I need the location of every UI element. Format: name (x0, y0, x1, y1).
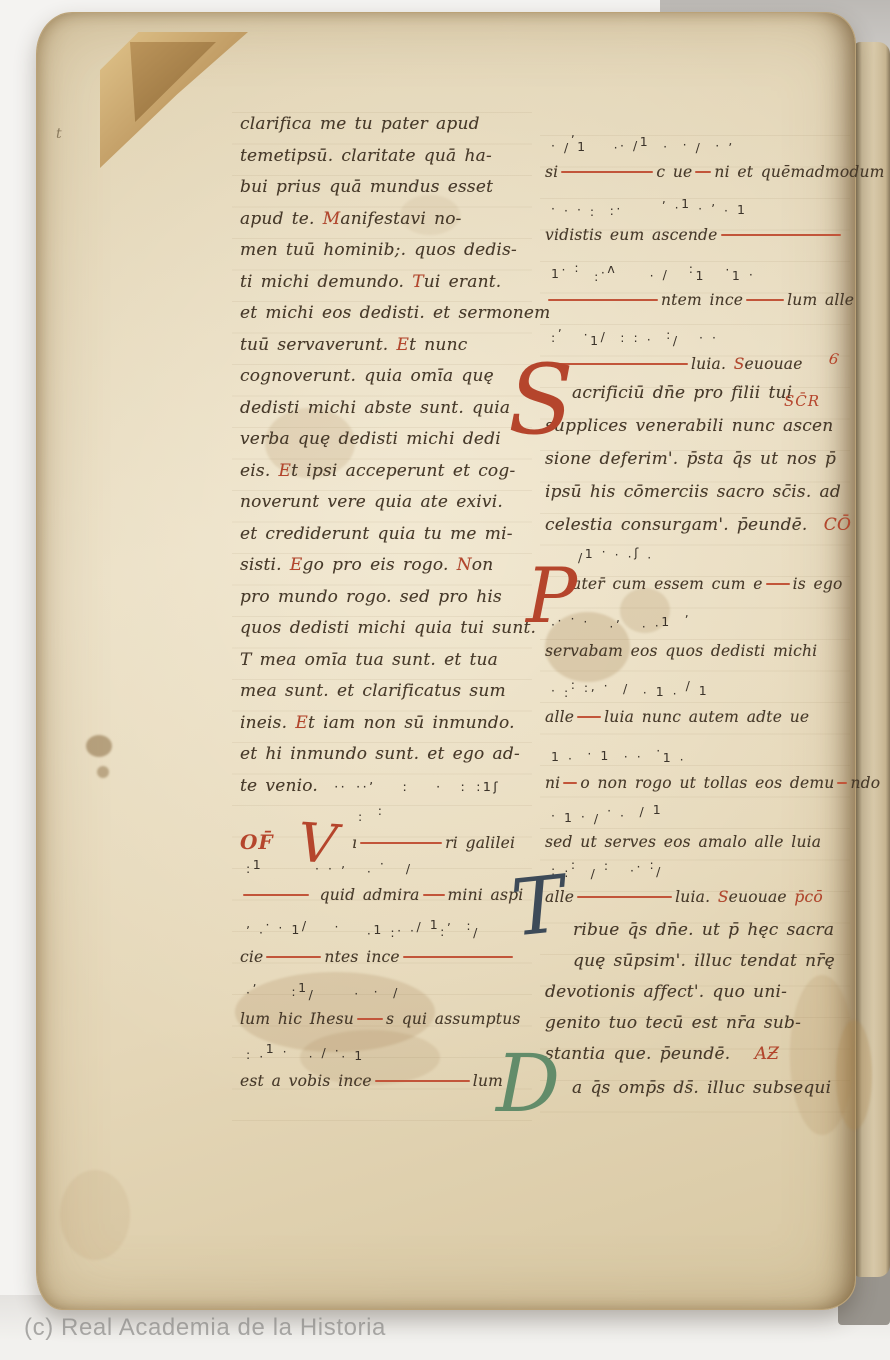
initial-t-postcommunion: T (509, 873, 567, 940)
body-text: et hi inmundo sunt. et ego ad- (240, 744, 520, 764)
body-text: sed ut serves eos amalo alle luia (545, 833, 821, 851)
neume-row: :ʼ ·1/ : : · :/ · · (551, 330, 718, 345)
neume-mark: · (680, 752, 686, 767)
rubric-offertory: OF̄ (240, 830, 274, 854)
neume-mark: / (594, 811, 601, 826)
neume-mark: 1 (640, 134, 650, 149)
neume-mark: : (440, 924, 447, 939)
neume-mark: 1 (253, 857, 263, 872)
body-text: t iam non sū inmundo. (308, 713, 515, 733)
body-text: c ue (656, 163, 692, 181)
neume-mark: : (390, 925, 397, 940)
body-text: ater̄ cum essem cum e (572, 575, 763, 593)
text-line: dedisti michi abste sunt. quia (240, 400, 510, 417)
body-text: ti michi demundo. (240, 272, 412, 292)
text-line: et crediderunt quia tu me mi- (240, 526, 513, 543)
neume-row: ·ʼ :1/ · · / (246, 985, 400, 1000)
text-line: ineis. Et iam non sū inmundo. (240, 715, 515, 732)
neume-mark: 1 (373, 922, 383, 937)
melisma-line (548, 299, 658, 301)
rubric-text: M (323, 209, 341, 229)
rubric-text: CŌ (824, 515, 851, 535)
text-line: cognoverunt. quia omīa quę (240, 368, 494, 385)
chant-line: vidistis eum ascende (545, 228, 844, 244)
body-text: sisti. (240, 555, 290, 575)
neume-mark: / (673, 333, 680, 348)
chant-line: alleluia. Seuouae p̄cō (545, 890, 823, 906)
body-text: servabam eos quos dedisti michi (545, 642, 817, 660)
neume-mark: / (564, 140, 571, 155)
neume-mark: / (686, 678, 693, 693)
text-line: bui prius quā mundus esset (240, 179, 493, 196)
text-line: genito tuo tecū est nr̄a sub- (545, 1015, 801, 1032)
neume-mark: / (633, 138, 640, 153)
neume-mark: / (322, 1045, 329, 1060)
neume-mark: : (358, 809, 365, 824)
body-text: quid admira (312, 886, 420, 904)
neume-mark: 1 (600, 748, 610, 763)
body-text: t nunc (409, 335, 467, 355)
body-text: a q̄s omp̄s ds̄. illuc subsequi (572, 1078, 831, 1098)
neume-mark: ʼ (728, 140, 734, 155)
neume-mark: : (551, 330, 558, 345)
melisma-line (375, 1080, 470, 1082)
text-line: et michi eos dedisti. et sermonem (240, 305, 550, 322)
neume-mark: · (712, 330, 718, 345)
neume-mark: · (647, 550, 653, 565)
neume-mark: : (633, 330, 640, 345)
text-line: temetipsū. claritate quā ha- (240, 148, 492, 165)
body-text: acrificiū dn̄e pro filii tui (572, 383, 792, 403)
body-text: celestia consurgam'. p̄eundē. (545, 515, 824, 535)
text-line: quos dedisti michi quia tui sunt. (240, 620, 536, 637)
text-line: noverunt vere quia ate exivi. (240, 494, 503, 511)
initial-v-offertory: V (297, 821, 339, 867)
body-text: cie (240, 948, 263, 966)
rubric-secreta: SC̄R (784, 392, 820, 410)
body-text: ntes ince (324, 948, 399, 966)
body-text: eis. (240, 461, 279, 481)
body-text: ui erant. (424, 272, 502, 292)
neume-row: 1· : :·ʌ · / :1 ·1 · (551, 266, 755, 281)
neume-mark: 1 (577, 139, 587, 154)
body-text: s qui assumptus (386, 1010, 521, 1028)
neume-row: · · · : :· ʼ ·1 · ʼ · 1 (551, 201, 747, 216)
text-line: verba quę dedisti michi dedi (240, 431, 501, 448)
neume-mark: 1 (551, 749, 561, 764)
rubric-text: S (718, 888, 729, 906)
chant-line: luia. Seuouae (545, 357, 803, 373)
body-text: T mea omīa tua sunt. et tua (240, 650, 498, 670)
copyright-watermark: (c) Real Academia de la Historia (24, 1314, 386, 1342)
body-text: ndo (850, 774, 880, 792)
neume-row: : : (358, 809, 384, 824)
initial-s-secret: S (508, 362, 574, 439)
body-text: et michi eos dedisti. et sermonem (240, 303, 550, 323)
text-line: eis. Et ipsi acceperunt et cog- (240, 463, 515, 480)
neume-mark: : (620, 330, 627, 345)
body-text: te venio. (240, 776, 334, 796)
rubric-text: S (734, 355, 745, 373)
body-text: temetipsū. claritate quā ha- (240, 146, 492, 166)
neume-mark: 1 (696, 268, 706, 283)
neume-mark: : (466, 918, 473, 933)
chant-line: cientes ince (240, 950, 516, 966)
body-text: ı (352, 834, 357, 852)
text-line: sisti. Ego pro eis rogo. Non (240, 557, 493, 574)
text-line: tuū servaverunt. Et nunc (240, 337, 467, 354)
neume-mark: : (594, 269, 601, 284)
text-line: clarifica me tu pater apud (240, 116, 480, 133)
manuscript-photo: V S P T D OF̄ SC̄R t 6 clarifica me tu p… (0, 0, 890, 1360)
body-text: est a vobis ince (240, 1072, 372, 1090)
melisma-line (360, 842, 442, 844)
chant-line: sic ueni et quēmadmodum (545, 165, 885, 181)
neume-mark: / (417, 919, 424, 934)
rubric-text: E (295, 713, 308, 733)
melisma-line (243, 894, 309, 896)
body-text: quę sūpsim'. illuc tendat nr̄ę (573, 951, 835, 971)
text-line: mea sunt. et clarificatus sum (240, 683, 506, 700)
chant-line: ıri galilei (352, 836, 515, 852)
body-text: ipsū his cōmerciis sacro sc̄is. ad (545, 482, 841, 502)
melisma-line (577, 716, 601, 718)
chant-line: sed ut serves eos amalo alle luia (545, 835, 821, 851)
neume-mark: / (393, 985, 400, 1000)
body-text: ni (545, 774, 560, 792)
melisma-line (577, 896, 672, 898)
melisma-line (746, 299, 784, 301)
neume-mark: : (246, 1047, 253, 1062)
stain (86, 735, 112, 757)
neume-mark: / (663, 267, 670, 282)
body-text: alle (545, 708, 574, 726)
body-text: is ego (793, 575, 843, 593)
neume-mark: : (571, 677, 578, 692)
neume-mark: / (309, 987, 316, 1002)
body-text: devotionis affect'. quo uni- (545, 982, 787, 1002)
neume-mark: : (649, 857, 656, 872)
text-line: quę sūpsim'. illuc tendat nr̄ę (573, 953, 835, 970)
body-text: euouae (745, 355, 803, 373)
neume-mark: 1 (291, 922, 301, 937)
left-margin-mark: t (56, 126, 62, 142)
text-line: stantia que. p̄eundē. AƵ (545, 1046, 779, 1063)
initial-p-communion: P (526, 566, 577, 627)
melisma-line (266, 956, 321, 958)
neume-row: : :: / : ·· :/ (551, 863, 663, 878)
text-line: ribue q̄s dn̄e. ut p̄ hęc sacra (573, 922, 834, 939)
melisma-line (563, 782, 577, 784)
text-line: ti michi demundo. Tui erant. (240, 274, 501, 291)
body-text: sione deferim'. p̄sta q̄s ut nos p̄ (545, 449, 836, 469)
text-line: T mea omīa tua sunt. et tua (240, 652, 498, 669)
body-text: ntem ince (661, 291, 743, 309)
text-line: pro mundo rogo. sed pro his (240, 589, 502, 606)
text-line: supplices venerabili nunc ascen (545, 418, 833, 435)
neume-mark: 1 (681, 196, 691, 211)
neume-mark: / (473, 925, 480, 940)
melisma-line (357, 1018, 383, 1020)
neume-mark: / (406, 861, 413, 876)
body-text: noverunt vere quia ate exivi. (240, 492, 503, 512)
neume-mark: 1 (590, 333, 600, 348)
neume-mark: 1 (737, 202, 747, 217)
melisma-line (403, 956, 513, 958)
chant-line: servabam eos quos dedisti michi (545, 644, 817, 660)
rubric-text: E (290, 555, 303, 575)
neume-mark: 1 (551, 266, 561, 281)
melisma-line (837, 782, 847, 784)
neume-row: · 1 · / · · / 1 (551, 808, 663, 823)
neume-mark: / (623, 681, 630, 696)
neume-mark: : (564, 865, 571, 880)
neume-mark: : (584, 680, 591, 695)
initial-d-next-prayer: D (496, 1052, 560, 1116)
rubric-text: T (412, 272, 424, 292)
body-text: ri galilei (445, 834, 515, 852)
chant-line: est a vobis incelum (240, 1074, 503, 1090)
neume-mark: : (604, 858, 611, 873)
neume-mark: / (591, 866, 598, 881)
body-text: et crediderunt quia tu me mi- (240, 524, 513, 544)
body-text: pro mundo rogo. sed pro his (240, 587, 502, 607)
neume-mark: 1 (663, 750, 673, 765)
chant-line: lum hic Ihesus qui assumptus (240, 1012, 521, 1028)
neume-mark: 1 (430, 917, 440, 932)
body-text: luia nunc autem adte ue (604, 708, 809, 726)
neume-mark: 1 (564, 810, 574, 825)
melisma-line (766, 583, 790, 585)
body-text: ni et quēmadmodum (714, 163, 884, 181)
inline-neumes: ·· ··ʼ : · : :1ʃ (334, 779, 500, 794)
neume-mark: / (696, 140, 703, 155)
body-text: genito tuo tecū est nr̄a sub- (545, 1013, 801, 1033)
text-line: devotionis affect'. quo uni- (545, 984, 787, 1001)
neume-mark: : (574, 260, 581, 275)
neume-mark: 1 (298, 980, 308, 995)
body-text: on (472, 555, 494, 575)
body-text: mea sunt. et clarificatus sum (240, 681, 506, 701)
rubric-text: p̄cō (794, 888, 823, 906)
neume-mark: ʼ (685, 612, 691, 627)
body-text: ribue q̄s dn̄e. ut p̄ hęc sacra (573, 920, 834, 940)
melisma-line (721, 234, 841, 236)
neume-row: · /ʼ1 ·· /1 · · / · ʼ (551, 138, 735, 153)
body-text: dedisti michi abste sunt. quia (240, 398, 510, 418)
body-text: supplices venerabili nunc ascen (545, 416, 833, 436)
neume-mark: / (656, 864, 663, 879)
body-text: ineis. (240, 713, 295, 733)
body-text: tuū servaverunt. (240, 335, 397, 355)
stain (836, 1020, 872, 1130)
rubric-text: E (279, 461, 292, 481)
text-line: apud te. Manifestavi no- (240, 211, 462, 228)
neume-mark: 1 (266, 1041, 276, 1056)
neume-mark: / (640, 804, 647, 819)
body-text: luia. (675, 888, 718, 906)
stain (97, 766, 109, 778)
chant-line: ater̄ cum essem cum eis ego (572, 577, 843, 593)
body-text: t ipsi acceperunt et cog- (291, 461, 515, 481)
rubric-text: N (457, 555, 472, 575)
text-line: a q̄s omp̄s ds̄. illuc subsequi (572, 1080, 831, 1097)
text-line: te venio. ·· ··ʼ : · : :1ʃ (240, 778, 500, 795)
melisma-line (423, 894, 445, 896)
text-line: sione deferim'. p̄sta q̄s ut nos p̄ (545, 451, 836, 468)
neume-mark: : (571, 857, 578, 872)
neume-mark: / (302, 918, 309, 933)
neume-row: : ·1 · · / ·· 1 (246, 1047, 365, 1062)
neume-row: ʼ ·· · 1/ · ·1 :· ·/ 1:ʼ :/ (246, 923, 480, 938)
neume-mark: 1 (656, 684, 666, 699)
neume-mark: 1 (661, 614, 671, 629)
chant-line: quid admiramini aspi (240, 888, 523, 904)
neume-mark: 1 (354, 1048, 364, 1063)
chant-line: alleluia nunc autem adte ue (545, 710, 809, 726)
neume-mark: : (689, 261, 696, 276)
chant-line: nio non rogo ut tollas eos demundo (545, 776, 880, 792)
body-text: anifestavi no- (340, 209, 461, 229)
stain (60, 1170, 130, 1260)
body-text: vidistis eum ascende (545, 226, 718, 244)
melisma-line (561, 171, 653, 173)
neume-row: 1 · · 1 · · ·1 · (551, 749, 686, 764)
body-text: bui prius quā mundus esset (240, 177, 493, 197)
neume-mark: : (246, 861, 253, 876)
body-text: stantia que. p̄eundē. (545, 1044, 755, 1064)
body-text: go pro eis rogo. (303, 555, 457, 575)
neume-mark: 1 (585, 546, 595, 561)
neume-row: · :: :ʼ · / · 1 · / 1 (551, 683, 709, 698)
body-text: men tuū hominib;. quos dedis- (240, 240, 517, 260)
neume-mark: : (291, 984, 298, 999)
rubric-text: AƵ (755, 1044, 780, 1064)
neume-mark: ʃ (634, 545, 641, 560)
neume-mark: / (578, 550, 585, 565)
neume-mark: : (590, 204, 597, 219)
rubric-text: E (397, 335, 410, 355)
neume-mark: / (601, 329, 608, 344)
neume-mark: : (564, 685, 571, 700)
neume-mark: 1 (653, 802, 663, 817)
body-text: lum alle (787, 291, 854, 309)
melisma-line (695, 171, 711, 173)
body-text: verba quę dedisti michi dedi (240, 429, 501, 449)
neume-mark: : (610, 203, 617, 218)
text-line: acrificiū dn̄e pro filii tui (572, 385, 792, 402)
text-line: celestia consurgam'. p̄eundē. CŌ (545, 517, 851, 534)
text-line: et hi inmundo sunt. et ego ad- (240, 746, 520, 763)
body-text: luia. (691, 355, 734, 373)
neume-mark: · (749, 267, 755, 282)
body-text: o non rogo ut tollas eos demu (580, 774, 834, 792)
body-text: si (545, 163, 558, 181)
neume-mark: 1 (732, 268, 742, 283)
body-text: apud te. (240, 209, 323, 229)
body-text: clarifica me tu pater apud (240, 114, 480, 134)
body-text: quos dedisti michi quia tui sunt. (240, 618, 536, 638)
text-line: men tuū hominib;. quos dedis- (240, 242, 517, 259)
body-text: lum hic Ihesu (240, 1010, 354, 1028)
body-text: euouae (729, 888, 795, 906)
neume-row: /1 · · ·ʃ · (578, 550, 654, 565)
chant-line: ntem incelum alle (545, 293, 854, 309)
text-line: ipsū his cōmerciis sacro sc̄is. ad (545, 484, 841, 501)
neume-mark: : (378, 803, 385, 818)
neume-mark: ʌ (607, 261, 617, 276)
body-text: cognoverunt. quia omīa quę (240, 366, 494, 386)
neume-mark: 1 (699, 683, 709, 698)
neume-mark: : (666, 327, 673, 342)
